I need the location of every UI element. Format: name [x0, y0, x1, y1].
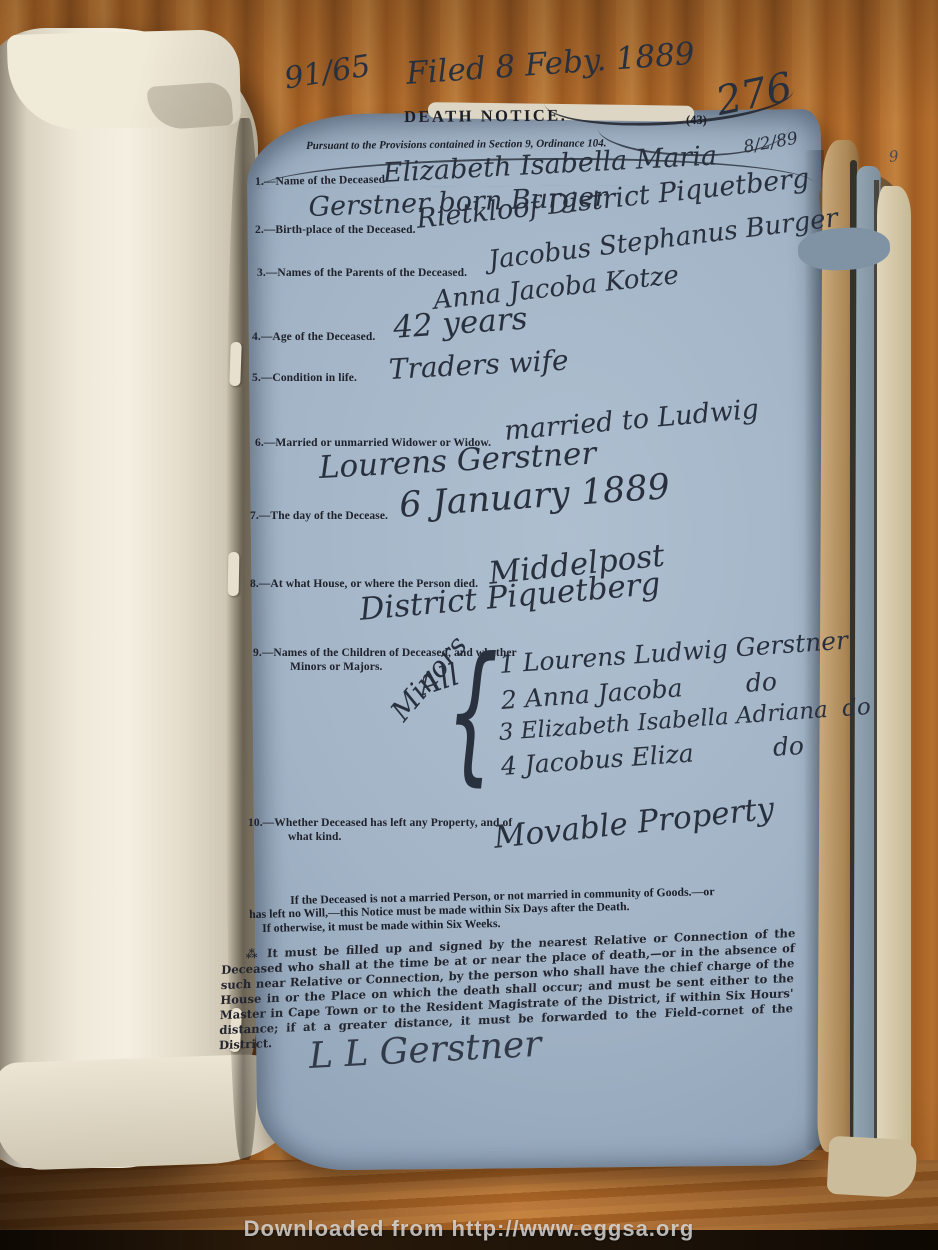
page-edge-annotation: 9	[888, 147, 899, 166]
handwritten-page-number: 276	[712, 64, 796, 125]
field-label-age: 4.—Age of the Deceased.	[252, 331, 375, 343]
field-value-condition: Traders wife	[388, 344, 569, 386]
child-entry-1: 1 Lourens Ludwig Gerstner	[498, 626, 849, 679]
photo-of-death-notice: 91/65 Filed 8 Feby. 1889 DEATH NOTICE. (…	[0, 0, 938, 1250]
field-label-name-of-deceased: 1.—Name of the Deceased	[255, 174, 385, 188]
field-label-property-line2: what kind.	[288, 831, 341, 843]
watermark-text: Downloaded from http://www.eggsa.org	[0, 1216, 938, 1242]
form-title: DEATH NOTICE.	[404, 106, 567, 127]
handwritten-filed-note: Filed 8 Feby. 1889	[405, 36, 696, 92]
field-value-property: Movable Property	[492, 791, 776, 856]
field-label-birthplace: 2.—Birth-place of the Deceased.	[255, 224, 416, 236]
handwritten-file-reference: 91/65	[282, 48, 373, 96]
handwritten-brace: {	[446, 646, 498, 781]
form-number: (43)	[686, 113, 707, 128]
field-label-property-line1: 10.—Whether Deceased has left any Proper…	[248, 817, 512, 829]
field-label-children-line2: Minors or Majors.	[290, 661, 383, 673]
field-value-age: 42 years	[392, 301, 529, 346]
field-label-condition: 5.—Condition in life.	[252, 372, 357, 384]
field-label-parents: 3.—Names of the Parents of the Deceased.	[257, 267, 467, 279]
form-content: 91/65 Filed 8 Feby. 1889 DEATH NOTICE. (…	[0, 0, 938, 1250]
field-label-day-of-decease: 7.—The day of the Decease.	[250, 510, 388, 522]
